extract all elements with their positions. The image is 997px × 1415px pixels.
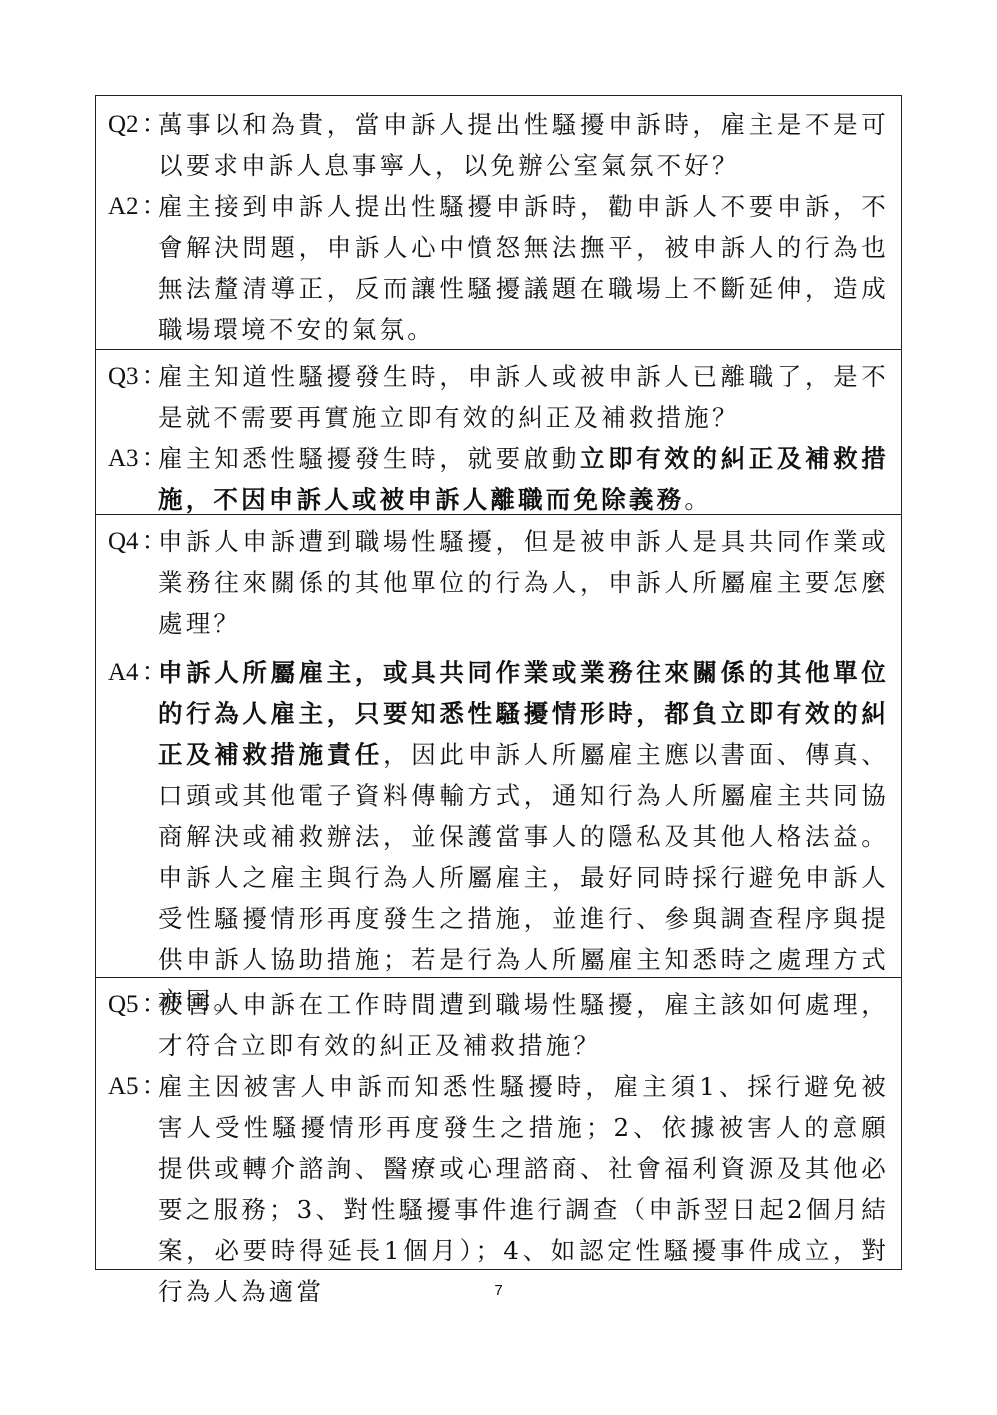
answer-text: 雇主因被害人申訴而知悉性騷擾時，雇主須1、採行避免被害人受性騷擾情形再度發生之措… xyxy=(158,1072,889,1306)
question-label: Q4： xyxy=(108,521,167,562)
answer-a4: A4： 申訴人所屬雇主，或具共同作業或業務往來關係的其他單位的行為人雇主，只要知… xyxy=(108,652,889,1021)
question-q5: Q5： 被害人申訴在工作時間遭到職場性騷擾，雇主該如何處理，才符合立即有效的糾正… xyxy=(108,984,889,1066)
question-label: Q2： xyxy=(108,104,167,145)
answer-label: A3： xyxy=(108,438,167,479)
question-text: 申訴人申訴遭到職場性騷擾，但是被申訴人是具共同作業或業務往來關係的其他單位的行為… xyxy=(158,527,889,638)
qa-table: Q2： 萬事以和為貴，當申訴人提出性騷擾申訴時，雇主是不是可以要求申訴人息事寧人… xyxy=(95,95,902,1270)
answer-text: 雇主接到申訴人提出性騷擾申訴時，勸申訴人不要申訴，不會解決問題，申訴人心中憤怒無… xyxy=(158,192,889,344)
question-q4: Q4： 申訴人申訴遭到職場性騷擾，但是被申訴人是具共同作業或業務往來關係的其他單… xyxy=(108,521,889,644)
question-label: Q3： xyxy=(108,356,167,397)
page-number: 7 xyxy=(0,1282,997,1299)
answer-a2: A2： 雇主接到申訴人提出性騷擾申訴時，勸申訴人不要申訴，不會解決問題，申訴人心… xyxy=(108,186,889,350)
answer-a5: A5： 雇主因被害人申訴而知悉性騷擾時，雇主須1、採行避免被害人受性騷擾情形再度… xyxy=(108,1066,889,1312)
question-text: 萬事以和為貴，當申訴人提出性騷擾申訴時，雇主是不是可以要求申訴人息事寧人，以免辦… xyxy=(158,110,889,180)
answer-text: ，因此申訴人所屬雇主應以書面、傳真、口頭或其他電子資料傳輸方式，通知行為人所屬雇… xyxy=(158,740,889,1015)
answer-text: 雇主知悉性騷擾發生時，就要啟動 xyxy=(158,444,580,473)
question-q2: Q2： 萬事以和為貴，當申訴人提出性騷擾申訴時，雇主是不是可以要求申訴人息事寧人… xyxy=(108,104,889,186)
answer-text: 。 xyxy=(684,485,712,514)
qa-cell-q4: Q4： 申訴人申訴遭到職場性騷擾，但是被申訴人是具共同作業或業務往來關係的其他單… xyxy=(96,514,901,977)
qa-cell-q3: Q3： 雇主知道性騷擾發生時，申訴人或被申訴人已離職了，是不是就不需要再實施立即… xyxy=(96,349,901,514)
question-q3: Q3： 雇主知道性騷擾發生時，申訴人或被申訴人已離職了，是不是就不需要再實施立即… xyxy=(108,356,889,438)
question-text: 被害人申訴在工作時間遭到職場性騷擾，雇主該如何處理，才符合立即有效的糾正及補救措… xyxy=(158,990,889,1060)
qa-cell-q2: Q2： 萬事以和為貴，當申訴人提出性騷擾申訴時，雇主是不是可以要求申訴人息事寧人… xyxy=(96,96,901,349)
qa-cell-q5: Q5： 被害人申訴在工作時間遭到職場性騷擾，雇主該如何處理，才符合立即有效的糾正… xyxy=(96,977,901,1269)
answer-label: A4： xyxy=(108,652,167,693)
answer-label: A2： xyxy=(108,186,167,227)
question-text: 雇主知道性騷擾發生時，申訴人或被申訴人已離職了，是不是就不需要再實施立即有效的糾… xyxy=(158,362,889,432)
question-label: Q5： xyxy=(108,984,167,1025)
answer-a3: A3： 雇主知悉性騷擾發生時，就要啟動立即有效的糾正及補救措施，不因申訴人或被申… xyxy=(108,438,889,520)
answer-label: A5： xyxy=(108,1066,167,1107)
